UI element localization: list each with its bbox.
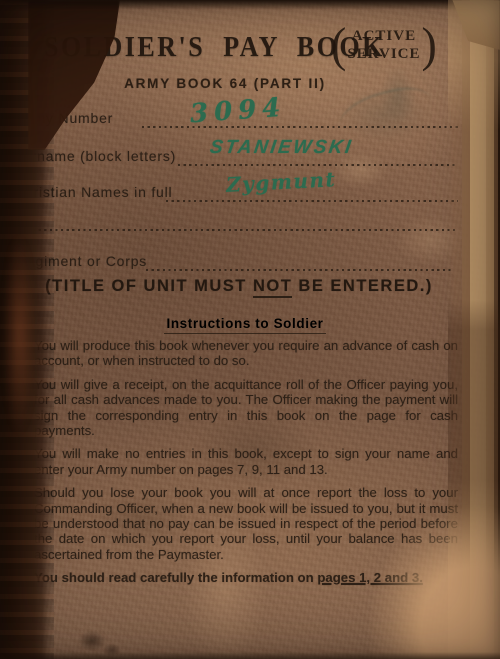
bottom-right-worn-corner: [368, 507, 500, 659]
classification-active-service: ( ACTIVE SERVICE ): [331, 24, 437, 66]
instruction-paragraph-1: You will produce this book whenever you …: [34, 338, 458, 369]
christian-names-continuation-line: [33, 229, 457, 231]
final-note-pre: You should read carefully the informatio…: [34, 570, 317, 585]
instruction-paragraph-2: You will give a receipt, on the acquitta…: [34, 377, 458, 439]
top-edge-shadow: [0, 0, 500, 10]
christian-names-dotted-line: [166, 200, 458, 202]
christian-names-handwritten-value: Zygmunt: [225, 167, 336, 197]
close-paren: ): [422, 23, 437, 67]
pencil-scribble-mark: [333, 80, 438, 151]
unit-note-not: NOT: [253, 277, 292, 298]
bottom-edge-shadow: [0, 652, 500, 659]
instruction-paragraph-3: You will make no entries in this book, e…: [34, 446, 458, 477]
open-paren: (: [331, 23, 346, 67]
army-book-subtitle: ARMY BOOK 64 (PART II): [60, 76, 390, 91]
classification-line-service: SERVICE: [347, 45, 420, 63]
unit-note-post: BE ENTERED.): [292, 277, 433, 295]
surname-handwritten-value: STANIEWSKI: [208, 137, 354, 159]
regiment-dotted-line: [146, 269, 452, 271]
classification-line-active: ACTIVE: [347, 27, 420, 45]
army-number-handwritten-value: 3094: [189, 93, 287, 130]
unit-note-pre: (TITLE OF UNIT MUST: [45, 277, 253, 295]
torn-corner-patch: [28, 0, 120, 150]
pay-book-cover-photo: SOLDIER'S PAY BOOK ( ACTIVE SERVICE ) AR…: [0, 0, 500, 659]
unit-must-not-be-entered-note: (TITLE OF UNIT MUST NOT BE ENTERED.): [16, 277, 462, 296]
instructions-heading: Instructions to Soldier: [50, 315, 440, 334]
surname-dotted-line: [178, 164, 458, 166]
